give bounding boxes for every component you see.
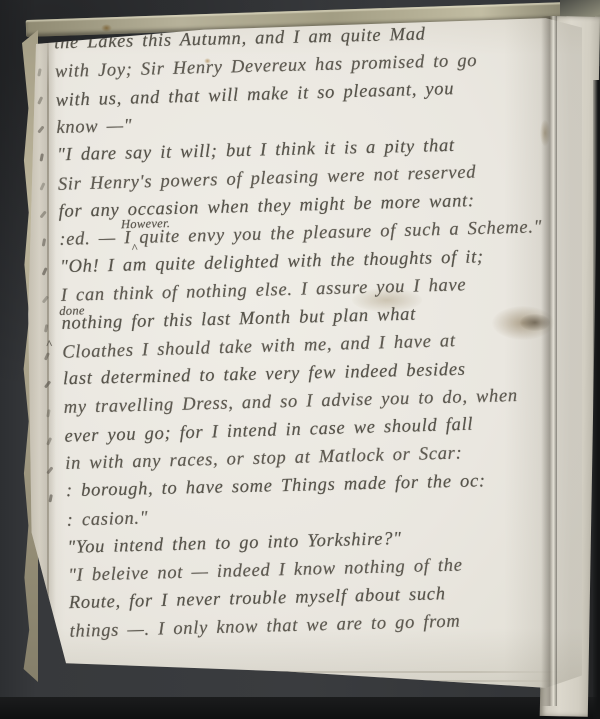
ink-mark xyxy=(40,153,44,161)
manuscript-line: : borough, to have some Things made for … xyxy=(66,469,578,501)
line-text: with Joy; Sir Henry Devereux has promise… xyxy=(55,51,478,82)
ink-mark xyxy=(37,68,41,76)
line-text: "I dare say it will; but I think it is a… xyxy=(57,136,455,165)
line-text: Sir Henry's powers of pleasing were not … xyxy=(58,162,477,194)
line-text: : casion." xyxy=(66,508,148,530)
page-fold-shadow xyxy=(541,16,557,706)
manuscript-lines: the Lakes this Autumn, and I am quite Ma… xyxy=(54,21,582,642)
manuscript-line: know —" xyxy=(56,105,568,138)
photo-right-edge xyxy=(593,80,600,719)
manuscript-line: "I dare say it will; but I think it is a… xyxy=(57,133,569,165)
ink-mark xyxy=(42,239,46,247)
faint-ruling xyxy=(112,671,564,673)
manuscript-line: "You intend then to go into Yorkshire?" xyxy=(67,524,579,557)
line-text: "I beleive not — indeed I know nothing o… xyxy=(68,555,463,585)
ink-mark xyxy=(46,409,50,417)
line-text: last determined to take very few indeed … xyxy=(63,360,466,389)
ink-mark xyxy=(42,267,48,275)
manuscript-line: last determined to take very few indeed … xyxy=(63,357,575,389)
line-text: I can think of nothing else. I assure yo… xyxy=(61,275,467,306)
manuscript-line: in with any races, or stop at Matlock or… xyxy=(65,440,577,473)
manuscript-text-block: the Lakes this Autumn, and I am quite Ma… xyxy=(54,21,582,650)
line-text: "You intend then to go into Yorkshire?" xyxy=(67,529,402,558)
manuscript-line: However.^:ed. — I quite envy you the ple… xyxy=(59,217,571,250)
manuscript-photo: SysaidI mbutMatto thto theto beof tupwas… xyxy=(0,0,600,719)
line-text: "Oh! I am quite delighted with the thoug… xyxy=(60,247,484,277)
line-text: nothing for this last Month but plan wha… xyxy=(61,305,416,334)
interlinear-insertion: done xyxy=(59,300,85,321)
ink-mark xyxy=(39,182,45,190)
line-text: Cloathes I should take with me, and I ha… xyxy=(62,331,456,363)
insertion-caret-icon: ^ xyxy=(46,334,52,354)
ink-mark xyxy=(46,437,52,445)
manuscript-page: 44 the Lakes this Autumn, and I am quite… xyxy=(26,14,582,696)
manuscript-line: things —. I only know that we are to go … xyxy=(69,608,581,641)
photo-bottom-edge xyxy=(0,697,600,719)
ink-mark xyxy=(37,97,43,105)
manuscript-line: Route, for I never trouble myself about … xyxy=(69,581,581,613)
ink-mark xyxy=(44,324,48,332)
line-text: things —. I only know that we are to go … xyxy=(69,612,460,642)
manuscript-line: ^Cloathes I should take with me, and I h… xyxy=(62,328,574,363)
line-text: ever you go; for I intend in case we sho… xyxy=(64,415,473,447)
line-text: in with any races, or stop at Matlock or… xyxy=(65,443,463,473)
line-text: know —" xyxy=(56,116,132,138)
interlinear-insertion: However. xyxy=(121,213,171,234)
line-text: Route, for I never trouble myself about … xyxy=(69,584,446,613)
line-text: : borough, to have some Things made for … xyxy=(66,471,486,501)
ink-mark xyxy=(48,494,52,502)
manuscript-line: I can think of nothing else. I assure yo… xyxy=(61,273,573,306)
faint-ruling xyxy=(112,680,564,682)
line-text: with us, and that will make it so pleasa… xyxy=(55,79,454,111)
line-text: my travelling Dress, and so I advise you… xyxy=(64,386,519,418)
manuscript-line: "I beleive not — indeed I know nothing o… xyxy=(68,552,580,585)
